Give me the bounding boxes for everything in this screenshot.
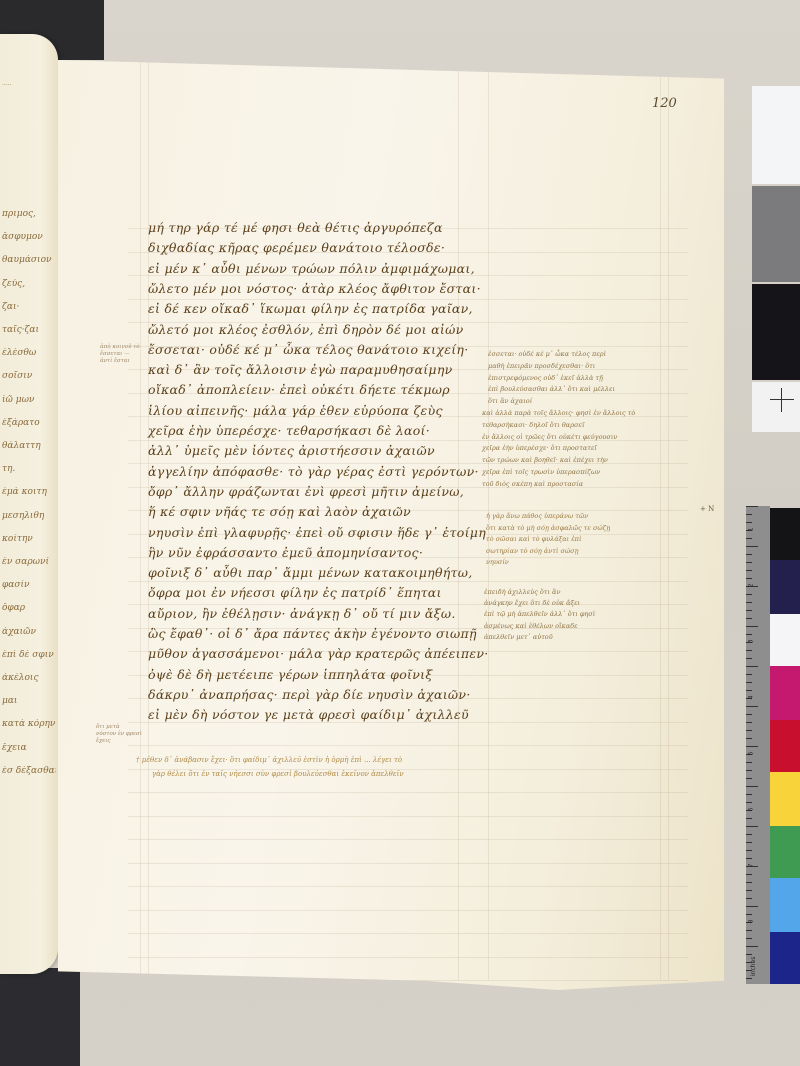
swatch-black — [752, 284, 800, 380]
facing-page-line: ὄφαρ — [2, 603, 56, 613]
ruler-tick — [746, 610, 752, 611]
right-gloss-line: καὶ ἀλλὰ παρὰ τοῖς ἄλλοις· φησὶ ἐν ἄλλοι… — [482, 409, 635, 417]
ruler-tick — [746, 746, 758, 747]
ruler-tick — [746, 690, 752, 691]
manuscript-line: καὶ δ᾽ ἂν τοῖς ἄλλοισιν ἐγὼ παραμυθησαίμ… — [148, 362, 453, 377]
right-gloss-line: ἡ γὰρ ἄνω πάθος ὑπεράνω τῶν — [486, 512, 588, 520]
facing-page-line: ἐμά κοιτη — [2, 487, 56, 497]
manuscript-line: ὄφρα μοι ἐν νήεσσι φίλην ἐς πατρίδ᾽ ἕπητ… — [148, 585, 442, 600]
facing-page-line: φασίν — [2, 580, 56, 590]
ruler-tick — [746, 874, 752, 875]
facing-page-line: ζεύς, — [2, 279, 56, 289]
manuscript-line: φοῖνιξ δ᾽ αὖθι παρ᾽ ἄμμι μένων κατακοιμη… — [148, 565, 473, 580]
ruler-tick — [746, 858, 752, 859]
ruler-tick — [746, 650, 752, 651]
color-chip-blue — [770, 932, 800, 984]
ruler-tick — [746, 826, 758, 827]
color-chip-red — [770, 720, 800, 772]
ruler-number: 8 — [747, 920, 754, 924]
ruler-tick — [746, 954, 752, 955]
right-gloss-line: ἐπιστρεφόμενος οὐδ᾽ ἐκεῖ ἀλλὰ τῇ — [488, 374, 603, 382]
ruling-line — [128, 863, 688, 864]
manuscript-line: διχθαδίας κῆρας φερέμεν θανάτοιο τέλοσδε… — [148, 240, 445, 255]
manuscript-line: ἥ κέ σφιν νῆάς τε σόῃ καὶ λαὸν ἀχαιῶν — [148, 504, 411, 519]
ruler-tick — [746, 890, 752, 891]
facing-page-line: ἄσφυμον — [2, 232, 56, 242]
facing-page-line: σοῖσιν — [2, 371, 56, 381]
color-chip-yellow — [770, 772, 800, 826]
right-gloss-line: ὅτι κατὰ τὸ μὴ σόῃ ἀσφαλῶς τε σώζῃ — [486, 524, 610, 532]
manuscript-line: ἰλίου αἰπεινῆς· μάλα γάρ ἑθεν εὐρύοπα ζε… — [148, 403, 443, 418]
vertical-ruling — [660, 60, 661, 980]
ruler-tick — [746, 914, 752, 915]
ruler-tick — [746, 906, 758, 907]
manuscript-line: δάκρυ᾽ ἀναπρήσας· περὶ γὰρ δίε νηυσὶν ἀχ… — [148, 687, 471, 702]
ruler-tick — [746, 602, 752, 603]
dark-background-bottom-left — [0, 968, 80, 1066]
ruler-number: 6 — [747, 808, 754, 812]
ruler-tick — [746, 674, 752, 675]
right-gloss-line: νηυσίν — [486, 558, 509, 566]
facing-page-line: κατὰ κόρην — [2, 719, 56, 729]
manuscript-line: ἀγγελίην ἀπόφασθε· τὸ γὰρ γέρας ἐστὶ γερ… — [148, 464, 479, 479]
right-gloss-line: τεθαρσήκασι· δηλοῖ ὅτι θαρσεῖ — [482, 421, 585, 429]
ruling-line — [128, 933, 688, 934]
measurement-ruler: 12345678inches — [746, 506, 770, 984]
ruler-tick — [746, 658, 752, 659]
ruler-tick — [746, 802, 752, 803]
ruler-tick — [746, 738, 752, 739]
facing-page-line: ταῖς·ζαι — [2, 325, 56, 335]
ruler-tick — [746, 818, 752, 819]
ruler-number: 4 — [747, 696, 754, 700]
right-gloss-line: χεῖρα ἑὴν ὑπερέσχε· ὅτι προστατεῖ — [482, 444, 597, 452]
footnote-line: † μέθεν δ᾽ ἀνάβασιν ἔχει· ὅτι φαίδιμ᾽ ἀχ… — [136, 756, 402, 764]
ruler-tick — [746, 546, 758, 547]
facing-page-line: ζαι· — [2, 302, 56, 312]
manuscript-line: ὤλετο μέν μοι νόστος· ἀτὰρ κλέος ἄφθιτον… — [148, 281, 481, 296]
vertical-ruling — [458, 60, 459, 980]
ruler-tick — [746, 834, 752, 835]
ruler-tick — [746, 562, 752, 563]
ruler-tick — [746, 762, 752, 763]
ruler-tick — [746, 522, 752, 523]
right-gloss-line: ἀνάγκην ἔχει ὅτι δὲ οὐκ ἄξει — [484, 599, 580, 607]
ruler-tick — [746, 618, 752, 619]
ruler-tick — [746, 882, 752, 883]
manuscript-line: εἰ μὲν δὴ νόστον γε μετὰ φρεσὶ φαίδιμ᾽ ἀ… — [148, 707, 469, 722]
right-gloss-line: μαθὴ ἐπειρᾶν προσδέχεσθαι· ὅτι — [488, 362, 595, 370]
left-margin-note: ἀντὶ ἔσται — [100, 358, 130, 364]
right-gloss-line: τοῦ διὸς σκέπη καὶ προστασία — [482, 480, 583, 488]
right-gloss-line: ἀσμένως καὶ ἐθέλων οἴκαδε — [484, 622, 578, 630]
manuscript-line: ὄφρ᾽ ἄλλην φράζωνται ἐνὶ φρεσὶ μῆτιν ἀμε… — [148, 484, 464, 499]
right-gloss-line: ἐσσεται· οὐδέ κέ μ᾽ ὦκα τέλος περὶ — [488, 350, 606, 358]
right-gloss-line: τὸ σῶσαι καὶ τὸ φυλάξαι ἐπὶ — [486, 535, 582, 543]
swatch-mid-gray — [752, 186, 800, 282]
right-gloss-line: ἐν ἄλλοις οἱ τρῶες ὅτι οὐκέτι φεύγουσιν — [482, 433, 617, 441]
vertical-ruling — [148, 60, 149, 980]
ruling-line — [128, 581, 688, 582]
color-chip-white — [770, 614, 800, 666]
ruling-line — [128, 957, 688, 958]
ruler-tick — [746, 506, 758, 507]
ruler-tick — [746, 666, 758, 667]
ruling-line — [128, 745, 688, 746]
vertical-ruling — [488, 60, 489, 980]
facing-page-line: ἐσ δέξασθαι — [2, 766, 56, 776]
ruler-number: 7 — [747, 864, 754, 868]
ruler-tick — [746, 722, 752, 723]
left-margin-note: ἔσσεται — — [100, 351, 130, 357]
ruler-number: 5 — [747, 752, 754, 756]
right-gloss-line: ἐπειδὴ ἀχιλλεὺς ὅτι ἂν — [484, 588, 560, 596]
facing-page-line: μεσηλιθη — [2, 511, 56, 521]
ruler-tick — [746, 594, 752, 595]
ruler-number: 2 — [747, 584, 754, 588]
right-gloss-line: ὅτι ἂν ἀχαιοί — [488, 397, 532, 405]
ruling-line — [128, 299, 688, 300]
manuscript-line: ὣς ἔφαθ᾽· οἱ δ᾽ ἄρα πάντες ἀκὴν ἐγένοντο… — [148, 626, 477, 641]
ruler-tick — [746, 730, 752, 731]
facing-page-line: θαυμάσιον — [2, 255, 56, 265]
manuscript-line: νηυσὶν ἐπὶ γλαφυρῇς· ἐπεὶ οὔ σφισιν ἥδε … — [148, 525, 486, 540]
ruler-tick — [746, 778, 752, 779]
facing-page-line: ἔχεια — [2, 743, 56, 753]
right-gloss-line: ἐπὶ τῷ μὴ ἀπελθεῖν ἀλλ᾽ ὅτι φησὶ — [484, 610, 595, 618]
ruler-tick — [746, 706, 758, 707]
marginal-mark: + N — [700, 505, 714, 513]
ruler-tick — [746, 538, 752, 539]
color-chip-cyan — [770, 878, 800, 932]
manuscript-line: ὀψὲ δὲ δὴ μετέειπε γέρων ἱππηλάτα φοῖνιξ — [148, 667, 433, 682]
ruler-unit-label: inches — [750, 957, 757, 976]
ruler-tick — [746, 850, 752, 851]
ruling-line — [128, 910, 688, 911]
right-gloss-line: τῶν τρώων καὶ βοηθεῖ· καὶ ἐπέχει τὴν — [482, 456, 608, 464]
manuscript-line: αὔριον, ἢν ἐθέλῃσιν· ἀνάγκῃ δ᾽ οὔ τί μιν… — [148, 606, 456, 621]
color-target-grayscale — [752, 86, 800, 426]
ruler-tick — [746, 930, 752, 931]
manuscript-line: ἔσσεται· οὐδέ κέ μ᾽ ὦκα τέλος θανάτοιο κ… — [148, 342, 468, 357]
manuscript-line: εἰ δέ κεν οἴκαδ᾽ ἵκωμαι φίλην ἐς πατρίδα… — [148, 301, 473, 316]
facing-page-line: ἀκέλοις — [2, 673, 56, 683]
facing-page-note: ····· — [2, 82, 56, 89]
ruler-tick — [746, 570, 752, 571]
facing-page-line: ἐπὶ δὲ σφιν — [2, 650, 56, 660]
right-gloss-line: ἐπὶ βουλεύσασθαι ἀλλ᾽ ὅτι καὶ μέλλει — [488, 385, 615, 393]
left-margin-note: ἀπὸ κοινοῦ τὸ — [100, 344, 140, 350]
ruler-tick — [746, 682, 752, 683]
facing-page: ·····πριμος,ἄσφυμονθαυμάσιονζεύς,ζαι·ταῖ… — [0, 34, 58, 974]
facing-page-line: ἰῶ μων — [2, 395, 56, 405]
right-gloss-line: ἀπελθεῖν μετ᾽ αὐτοῦ — [484, 633, 553, 641]
ruler-tick — [746, 714, 752, 715]
ruler-tick — [746, 554, 752, 555]
ruler-tick — [746, 938, 752, 939]
color-chip-navy — [770, 560, 800, 614]
manuscript-line: οἴκαδ᾽ ἀποπλείειν· ἐπεὶ οὐκέτι δήετε τέκ… — [148, 382, 450, 397]
ruling-line — [128, 886, 688, 887]
ruler-tick — [746, 626, 758, 627]
right-gloss-line: σωτηρίαν τὸ σόῃ ἀντὶ σώσῃ — [486, 547, 579, 555]
footnote-line: γὰρ θέλει ὅτι ἐν ταῖς νήεσσι σὺν φρεσὶ β… — [152, 770, 404, 778]
ruler-tick — [746, 634, 752, 635]
left-margin-note: ἔχεις — [96, 738, 110, 744]
ruler-tick — [746, 946, 758, 947]
ruler-tick — [746, 794, 752, 795]
ruler-number: 3 — [747, 640, 754, 644]
ruler-tick — [746, 786, 758, 787]
ruler-tick — [746, 898, 752, 899]
facing-page-line: ἐξάρατο — [2, 418, 56, 428]
facing-page-line: τη. — [2, 464, 56, 474]
manuscript-line: μῦθον ἀγασσάμενοι· μάλα γὰρ κρατερῶς ἀπέ… — [148, 646, 489, 661]
facing-page-line: ἐλέσθω — [2, 348, 56, 358]
manuscript-line: χεῖρα ἑὴν ὑπερέσχε· τεθαρσήκασι δὲ λαοί· — [148, 423, 430, 438]
color-chip-magenta — [770, 666, 800, 720]
ruling-line — [128, 792, 688, 793]
left-margin-note: ὅτι μετὰ — [96, 724, 120, 730]
ruler-tick — [746, 514, 752, 515]
manuscript-line: ὤλετό μοι κλέος ἐσθλόν, ἐπὶ δηρὸν δέ μοι… — [148, 322, 463, 337]
vertical-ruling — [140, 60, 141, 980]
manuscript-line: εἰ μέν κ᾽ αὖθι μένων τρώων πόλιν ἀμφιμάχ… — [148, 261, 475, 276]
manuscript-line: ἀλλ᾽ ὑμεῖς μὲν ἰόντες ἀριστήεσσιν ἀχαιῶν — [148, 443, 435, 458]
facing-page-line: μαι — [2, 696, 56, 706]
vertical-ruling — [668, 60, 669, 980]
facing-page-line: πριμος, — [2, 209, 56, 219]
ruler-tick — [746, 842, 752, 843]
facing-page-line: θάλαττη — [2, 441, 56, 451]
manuscript-line: ἣν νῦν ἐφράσσαντο ἐμεῦ ἀπομηνίσαντος· — [148, 545, 423, 560]
right-gloss-line: χεῖρα ἐπὶ τοῖς τρωσὶν ὑπερασπίζων — [482, 468, 600, 476]
ruler-tick — [746, 978, 752, 979]
folio-number: 120 — [652, 96, 677, 111]
ruler-tick — [746, 578, 752, 579]
facing-page-line: κοίτην — [2, 534, 56, 544]
manuscript-line: μή τηρ γάρ τέ μέ φησι θεὰ θέτις ἀργυρόπε… — [148, 220, 443, 235]
color-chip-black — [770, 508, 800, 560]
ruler-tick — [746, 770, 752, 771]
facing-page-line: ἀχαιῶν — [2, 627, 56, 637]
facing-page-line: ἐν σαρωνί — [2, 557, 56, 567]
crosshair-icon — [770, 388, 794, 412]
swatch-white — [752, 86, 800, 184]
ruling-line — [128, 839, 688, 840]
ruler-number: 1 — [747, 528, 754, 532]
left-margin-note: νόστον ἐν φρεσὶ — [96, 731, 142, 737]
color-chip-green — [770, 826, 800, 878]
ruling-line — [128, 816, 688, 817]
